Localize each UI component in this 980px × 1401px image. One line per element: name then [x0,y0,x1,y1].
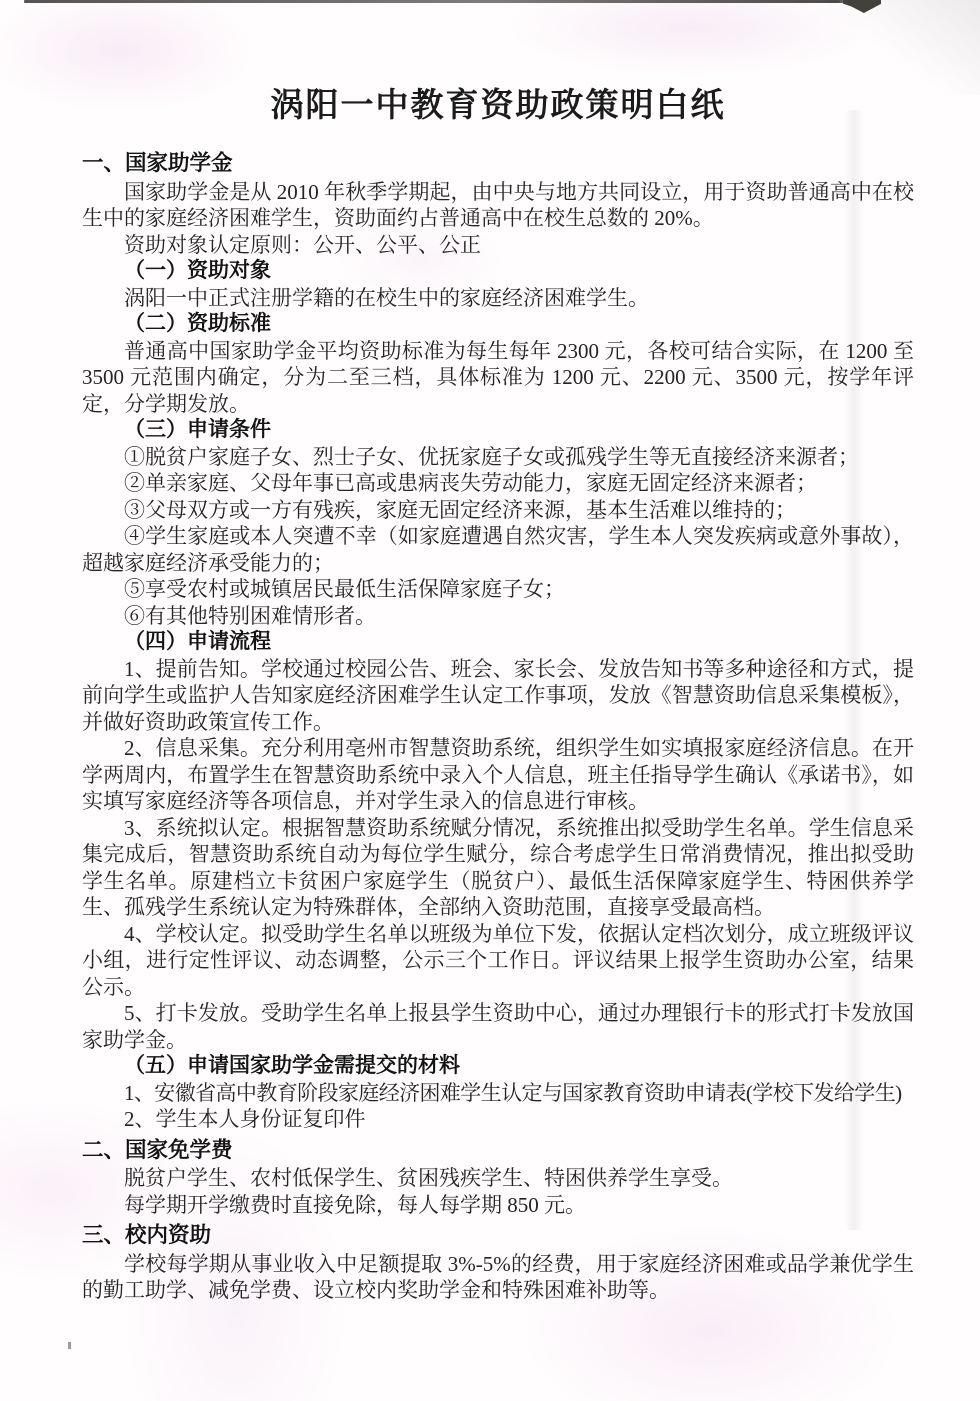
paragraph: ②单亲家庭、父母年事已高或患病丧失劳动能力，家庭无固定经济来源者； [82,470,914,497]
document-body: 一、国家助学金国家助学金是从 2010 年秋季学期起，由中央与地方共同设立，用于… [82,150,914,1304]
paragraph: 2、学生本人身份证复印件 [82,1106,914,1133]
paragraph: 1、安徽省高中教育阶段家庭经济困难学生认定与国家教育资助申请表(学校下发给学生) [82,1080,914,1107]
paragraph: ③父母双方或一方有残疾，家庭无固定经济来源，基本生活难以维持的； [82,497,914,524]
sub-heading: （五）申请国家助学金需提交的材料 [82,1053,914,1080]
paragraph: 学校每学期从事业收入中足额提取 3%-5%的经费，用于家庭经济困难或品学兼优学生… [82,1251,914,1304]
paragraph: ⑤享受农村或城镇居民最低生活保障家庭子女； [82,576,914,603]
section-heading: 一、国家助学金 [82,150,914,177]
paragraph: ①脱贫户家庭子女、烈士子女、优抚家庭子女或孤残学生等无直接经济来源者； [82,444,914,471]
section-heading: 二、国家免学费 [82,1137,914,1164]
sub-heading: （二）资助标准 [82,311,914,338]
paragraph: 1、提前告知。学校通过校园公告、班会、家长会、发放告知书等多种途径和方式，提前向… [82,656,914,736]
paragraph: 国家助学金是从 2010 年秋季学期起，由中央与地方共同设立，用于资助普通高中在… [82,179,914,232]
paragraph: 3、系统拟认定。根据智慧资助系统赋分情况，系统推出拟受助学生名单。学生信息采集完… [82,815,914,921]
paragraph: 每学期开学缴费时直接免除，每人每学期 850 元。 [82,1192,914,1219]
paragraph: 2、信息采集。充分利用亳州市智慧资助系统，组织学生如实填报家庭经济信息。在开学两… [82,735,914,815]
paragraph: 4、学校认定。拟受助学生名单以班级为单位下发，依据认定档次划分，成立班级评议小组… [82,921,914,1001]
paragraph: ④学生家庭或本人突遭不幸（如家庭遭遇自然灾害，学生本人突发疾病或意外事故），超越… [82,523,914,576]
paragraph: 脱贫户学生、农村低保学生、贫困残疾学生、特困供养学生享受。 [82,1165,914,1192]
paragraph: 资助对象认定原则：公开、公平、公正 [82,232,914,259]
paragraph: 5、打卡发放。受助学生名单上报县学生资助中心，通过办理银行卡的形式打卡发放国家助… [82,1000,914,1053]
section-heading: 三、校内资助 [82,1222,914,1249]
paragraph: ⑥有其他特别困难情形者。 [82,603,914,630]
document-page: 涡阳一中教育资助政策明白纸 一、国家助学金国家助学金是从 2010 年秋季学期起… [82,84,914,1304]
paragraph: 涡阳一中正式注册学籍的在校生中的家庭经济困难学生。 [82,285,914,312]
scan-corner-shadow [830,0,980,95]
sub-heading: （三）申请条件 [82,417,914,444]
sub-heading: （四）申请流程 [82,629,914,656]
scan-artifact-top-line [24,0,872,3]
document-title: 涡阳一中教育资助政策明白纸 [82,84,914,128]
scan-artifact-speck [68,1342,71,1349]
paragraph: 普通高中国家助学金平均资助标准为每生每年 2300 元，各校可结合实际，在 12… [82,338,914,418]
sub-heading: （一）资助对象 [82,258,914,285]
